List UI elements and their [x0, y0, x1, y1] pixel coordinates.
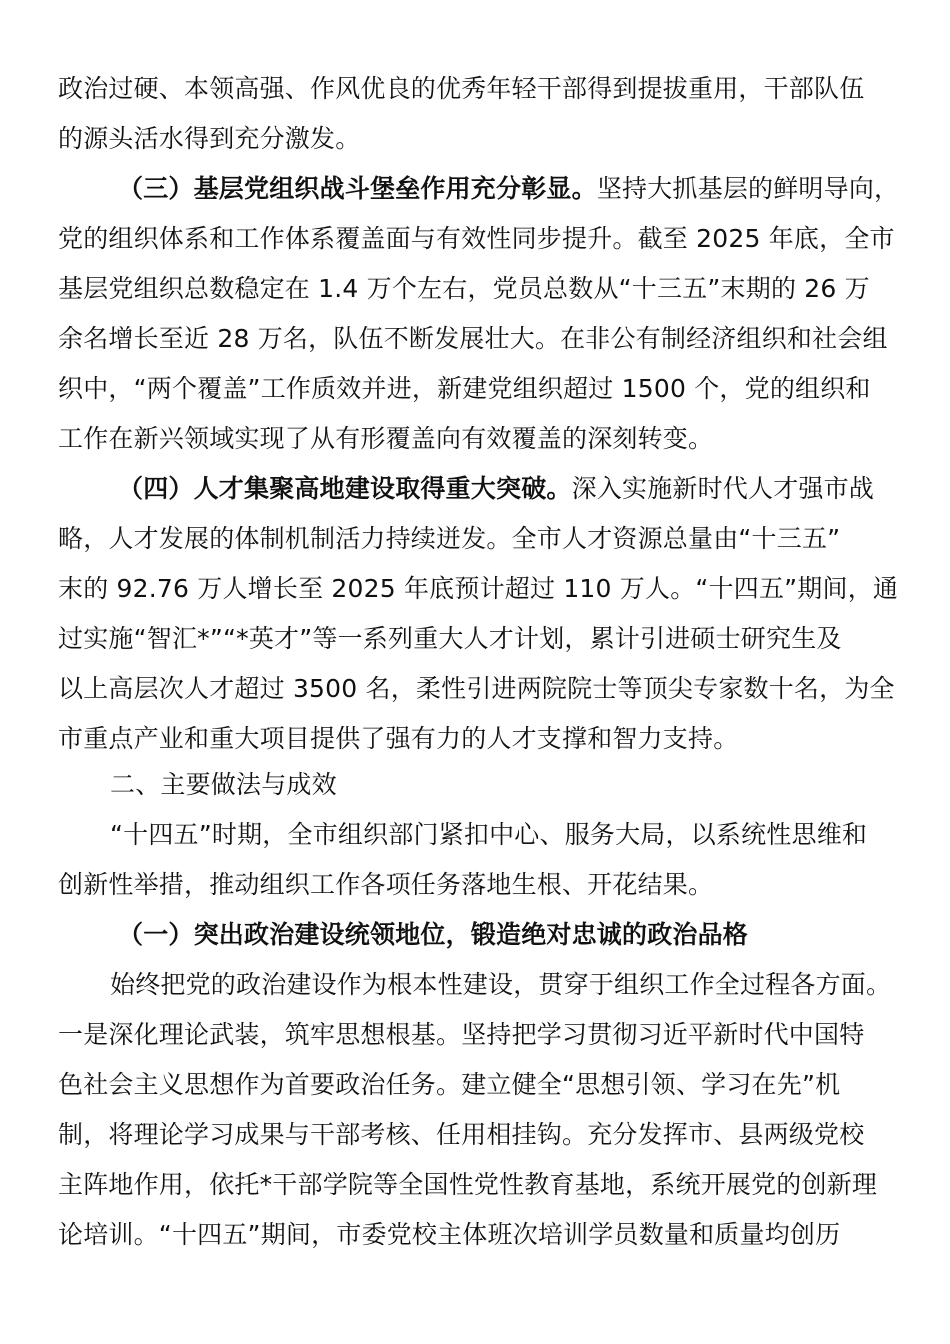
paragraph-line: 一是深化理论武装，筑牢思想根基。坚持把学习贯彻习近平新时代中国特 — [58, 1020, 898, 1050]
paragraph-line: 过实施“智汇*”“*英才”等一系列重大人才计划，累计引进硕士研究生及 — [58, 624, 898, 654]
paragraph-line: 制，将理论学习成果与干部考核、任用相挂钩。充分发挥市、县两级党校 — [58, 1120, 898, 1150]
paragraph-line: “十四五”时期，全市组织部门紧扣中心、服务大局，以系统性思维和 — [110, 820, 950, 850]
paragraph-line: 略，人才发展的体制机制活力持续迸发。全市人才资源总量由“十三五” — [58, 524, 898, 554]
paragraph-line: 主阵地作用，依托*干部学院等全国性党性教育基地，系统开展党的创新理 — [58, 1170, 898, 1200]
paragraph-line: 末的 92.76 万人增长至 2025 年底预计超过 110 万人。“十四五”期… — [58, 574, 898, 604]
paragraph-line: 的源头活水得到充分激发。 — [58, 124, 898, 154]
paragraph-line: 始终把党的政治建设作为根本性建设，贯穿于组织工作全过程各方面。 — [110, 970, 950, 1000]
paragraph-line: 工作在新兴领域实现了从有形覆盖向有效覆盖的深刻转变。 — [58, 424, 898, 454]
section-heading-3: （三）基层党组织战斗堡垒作用充分彰显。坚持大抓基层的鲜明导向， — [118, 174, 950, 204]
paragraph-line: 党的组织体系和工作体系覆盖面与有效性同步提升。截至 2025 年底，全市 — [58, 224, 898, 254]
heading-text: （四）人才集聚高地建设取得重大突破。 — [118, 474, 572, 503]
subsection-heading-1: （一）突出政治建设统领地位，锻造绝对忠诚的政治品格 — [118, 920, 950, 950]
section-heading-4: （四）人才集聚高地建设取得重大突破。深入实施新时代人才强市战 — [118, 474, 950, 504]
document-page: 政治过硬、本领高强、作风优良的优秀年轻干部得到提拔重用，干部队伍 的源头活水得到… — [0, 0, 950, 1344]
paragraph-line: 创新性举措，推动组织工作各项任务落地生根、开花结果。 — [58, 870, 898, 900]
paragraph-line: 市重点产业和重大项目提供了强有力的人才支撑和智力支持。 — [58, 724, 898, 754]
paragraph-line: 余名增长至近 28 万名，队伍不断发展壮大。在非公有制经济组织和社会组 — [58, 324, 898, 354]
heading-body-text: 深入实施新时代人才强市战 — [572, 474, 874, 503]
heading-text: （一）突出政治建设统领地位，锻造绝对忠诚的政治品格 — [118, 920, 748, 949]
paragraph-line: 基层党组织总数稳定在 1.4 万个左右，党员总数从“十三五”末期的 26 万 — [58, 274, 898, 304]
paragraph-line: 论培训。“十四五”期间，市委党校主体班次培训学员数量和质量均创历 — [58, 1220, 898, 1250]
paragraph-line: 以上高层次人才超过 3500 名，柔性引进两院院士等顶尖专家数十名，为全 — [58, 674, 898, 704]
heading-body-text: 坚持大抓基层的鲜明导向， — [597, 174, 899, 203]
paragraph-line: 政治过硬、本领高强、作风优良的优秀年轻干部得到提拔重用，干部队伍 — [58, 74, 898, 104]
section-title-2: 二、主要做法与成效 — [110, 770, 950, 800]
heading-text: （三）基层党组织战斗堡垒作用充分彰显。 — [118, 174, 597, 203]
paragraph-line: 色社会主义思想作为首要政治任务。建立健全“思想引领、学习在先”机 — [58, 1070, 898, 1100]
paragraph-line: 织中，“两个覆盖”工作质效并进，新建党组织超过 1500 个，党的组织和 — [58, 374, 898, 404]
